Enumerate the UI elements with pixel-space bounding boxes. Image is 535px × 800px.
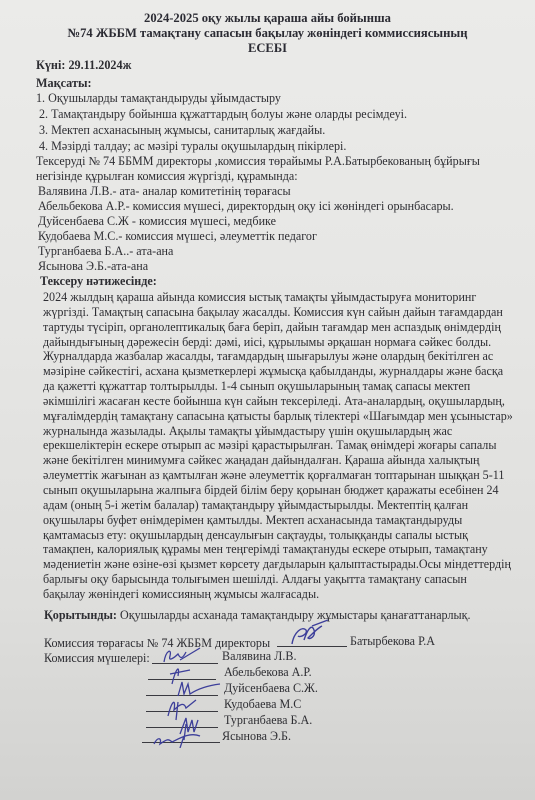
results-line: мәзіріне сәйкестігі, асхана қызметкерлер… [43, 364, 503, 379]
member-entry: Турганбаева Б.А..- ата-ана [38, 244, 173, 258]
results-line: 2024 жылдың қараша айында комиссия ыстық… [43, 290, 503, 305]
signatory-name: Турганбаева Б.А. [224, 713, 312, 728]
chair-signature-icon [288, 618, 336, 652]
member-entry: Дуйсенбаева С.Ж - комиссия мүшесі, медби… [38, 214, 276, 228]
results-line: да қажетті құжаттар толтырылды. 1-4 сыны… [43, 379, 503, 394]
chair-name: Батырбекова Р.А [350, 634, 435, 648]
signatory-name: Ясынова Э.Б. [222, 729, 291, 744]
results-line: тартуды түсіріп, органолептикалық баға б… [43, 320, 503, 335]
goal-item: 2. Тамақтандыру бойынша құжаттардың болу… [39, 107, 407, 121]
member-signatures-icon [150, 644, 230, 748]
signatory-name: Валявина Л.В. [222, 649, 297, 664]
conclusion: Қорытынды: Оқушыларды асханада тамақтанд… [44, 608, 471, 623]
results-line: мәдениетін және өзіне-өзі қызмет көрсету… [43, 557, 503, 572]
member-entry: Абельбекова А.Р.- комиссия мүшесі, дирек… [38, 199, 454, 213]
signatory-name: Дуйсенбаева С.Ж. [224, 681, 318, 696]
goal-item: 1. Оқушыларды тамақтандыруды ұйымдастыру [36, 91, 281, 105]
results-line: журналында жазылады. Ақылы тамақты ұйымд… [43, 424, 503, 439]
results-paragraph: 2024 жылдың қараша айында комиссия ыстық… [43, 290, 503, 602]
results-line: әкімшілігі жасаған кесте бойынша күн сай… [43, 394, 503, 409]
intro-line: негізінде құрылған комиссия жүргізді, құ… [36, 169, 298, 183]
report-title-line-2: №74 ЖББМ тамақтану сапасын бақылау жөнін… [0, 26, 535, 40]
goal-item: 3. Мектеп асханасының жұмысы, санитарлық… [39, 123, 325, 137]
conclusion-label: Қорытынды: [44, 608, 117, 622]
results-heading: Тексеру нәтижесінде: [40, 274, 157, 288]
results-line: бақылау жөніндегі комиссияның жұмысы жал… [43, 587, 503, 602]
results-line: оқушылары буфет өнімдерімен қамтылды. Ме… [43, 513, 503, 528]
results-line: ерекшеліктерін ескере отырып ас мәзірі қ… [43, 438, 503, 453]
signatory-name: Абельбекова А.Р. [224, 665, 312, 680]
results-line: мұғалімдердің тамақтану сапасына қатысты… [43, 409, 503, 424]
member-entry: Кудобаева М.С.- комиссия мүшесі, әлеумет… [38, 229, 317, 243]
report-title-line-1: 2024-2025 оқу жылы қараша айы бойынша [0, 11, 535, 25]
goal-item: 4. Мәзірді талдау; ас мәзірі туралы оқуш… [39, 139, 346, 153]
scanned-report-page: 2024-2025 оқу жылы қараша айы бойынша №7… [0, 0, 535, 800]
report-date: Күні: 29.11.2024ж [36, 58, 131, 73]
results-line: дайындығының дәрежесін берді: дәмі, иісі… [43, 335, 503, 350]
goals-heading: Мақсаты: [36, 76, 92, 91]
signatory-name: Кудобаева М.С [224, 697, 301, 712]
members-label: Комиссия мүшелері: [44, 651, 150, 665]
results-line: және бекітілген минимумға сәйкес жаңадан… [43, 453, 503, 468]
results-line: адам (оның 5-і жетім балалар) тамақтанды… [43, 498, 503, 513]
results-line: тамақпен, калориялық құрамы мен теңгерім… [43, 542, 503, 557]
results-line: қамтамасыз ету: оқушылардың денсаулығын … [43, 528, 503, 543]
member-entry: Ясынова Э.Б.-ата-ана [38, 259, 148, 273]
results-line: Журналдарда жазбалар жасалды, тағамдарды… [43, 349, 503, 364]
results-line: сынып оқушыларына жалпыға бірдей білім б… [43, 483, 503, 498]
results-line: жүргізді. Тамақтың сапасына бақылау жаса… [43, 305, 503, 320]
results-line: барлығы оқу барысында толығымен шешілді.… [43, 572, 503, 587]
intro-line: Тексеруді № 74 ББММ директоры ,комиссия … [36, 154, 480, 168]
report-title-line-3: ЕСЕБІ [0, 41, 535, 55]
results-line: әлеуметтік жағынан аз қамтылған және әле… [43, 468, 503, 483]
member-entry: Валявина Л.В.- ата- аналар комитетінің т… [38, 184, 291, 198]
